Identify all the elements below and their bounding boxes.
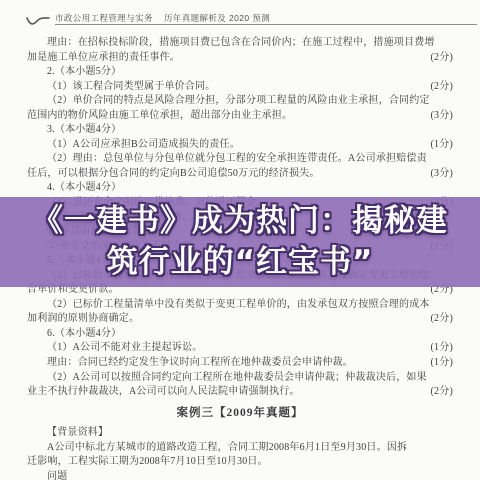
answer-line: （2）A公司可以按照合同约定向工程所在地仲裁委员会申请仲裁；仲裁裁决后，如果 (27, 371, 453, 386)
answer-line: （2）单价合同的特点是风险合理分担，分部分项工程量的风险由业主承担，合同约定 (27, 94, 453, 109)
line-text: （2）理由：总包单位与分包单位就分包工程的安全承担连带责任。A公司承担赔偿责 (27, 152, 427, 167)
answer-line: （1）A公司应承担B公司造成损失的责任。(1分) (27, 138, 453, 153)
line-text: 加利润的原则协商确定。 (27, 312, 139, 327)
line-text: 迁影响，工程实际工期为2008年7月10日至10月30日。 (27, 455, 268, 470)
line-text: 理由：合同已经约定发生争议时向工程所在地仲裁委员会申请仲裁。 (27, 356, 353, 371)
answer-line: 范围内的物价风险由施工单位承担，超出部分由业主承担。(3分) (27, 109, 453, 124)
questions-label: 问题 (27, 470, 453, 480)
promo-title-line2: 筑行业的“红宝书” (107, 242, 374, 283)
line-text: （2）A公司可以按照合同约定向工程所在地仲裁委员会申请仲裁；仲裁裁决后，如果 (27, 371, 427, 386)
edition-title: 历年真题解析及 2020 预测 (164, 13, 270, 23)
answer-line: 迁影响，工程实际工期为2008年7月10日至10月30日。 (27, 455, 453, 470)
line-score: (3分) (431, 167, 453, 182)
answer-line: 理由：合同已经约定发生争议时向工程所在地仲裁委员会申请仲裁。(1分) (27, 356, 453, 371)
line-text: 4.（本小题4分） (27, 181, 121, 196)
line-text: 2.（本小题5分） (27, 65, 121, 80)
line-score: (2分) (431, 385, 453, 400)
answer-line: 加利润的原则协商确定。(2分) (27, 312, 453, 327)
answer-line: 3.（本小题4分） (27, 123, 453, 138)
line-text: 【背景资料】 (27, 426, 108, 441)
answer-line: 6.（本小题4分） (27, 327, 453, 342)
line-score: (1分) (431, 356, 453, 371)
case-heading: 案例三【2009年真题】 (27, 406, 453, 421)
line-text: 问题 (27, 470, 67, 480)
answer-line: （1）A公司不能对业主提起诉讼。(1分) (27, 341, 453, 356)
publisher-swoosh-icon (26, 14, 50, 32)
answer-line: （2）已标价工程量清单中没有类似于变更工程单价的，由发承包双方按照合理的成本 (27, 298, 453, 313)
line-score: (3分) (431, 109, 453, 124)
line-text: （2）已标价工程量清单中没有类似于变更工程单价的，由发承包双方按照合理的成本 (27, 298, 430, 313)
scanned-book-page: 市政公用工程管理与实务历年真题解析及 2020 预测 理由：在招标投标阶段，措施… (0, 0, 480, 480)
answer-line: 加是施工单位应承担的责任事件。(2分) (27, 51, 453, 66)
line-score: (2分) (431, 51, 453, 66)
book-title: 市政公用工程管理与实务 (55, 13, 153, 23)
line-text: 范围内的物价风险由施工单位承担，超出部分由业主承担。 (27, 109, 292, 124)
promo-overlay-banner: 《一建书》成为热门：揭秘建 筑行业的“红宝书” (0, 197, 480, 287)
answer-line: 4.（本小题4分） (27, 181, 453, 196)
answer-line: （1）该工程合同类型属于单价合同。(2分) (27, 80, 453, 95)
line-text: 任后，可以根据分包合同的约定向B公司追偿50万元的经济损失。 (27, 167, 320, 182)
case-heading-text: 案例三【2009年真题】 (177, 406, 304, 421)
header-rule (55, 24, 477, 25)
answer-line: A公司中标北方某城市的道路改造工程，合同工期2008年6月1日至9月30日。因拆 (27, 441, 453, 456)
line-text: （1）A公司不能对业主提起诉讼。 (27, 341, 202, 356)
line-text: 3.（本小题4分） (27, 123, 121, 138)
promo-title-line1: 《一建书》成为热门：揭秘建 (32, 201, 448, 242)
line-text: 理由：在招标投标阶段，措施项目费已包含在合同价内；在施工过程中，措施项目费增 (27, 36, 435, 51)
line-text: （2）单价合同的特点是风险合理分担，分部分项工程量的风险由业主承担，合同约定 (27, 94, 430, 109)
answer-line: 业主不执行仲裁裁决，A公司可以向人民法院申请强制执行。(2分) (27, 385, 453, 400)
answer-line: 理由：在招标投标阶段，措施项目费已包含在合同价内；在施工过程中，措施项目费增 (27, 36, 453, 51)
background-label: 【背景资料】 (27, 426, 453, 441)
running-head-title: 市政公用工程管理与实务历年真题解析及 2020 预测 (55, 12, 270, 24)
answer-line: 2.（本小题5分） (27, 65, 453, 80)
line-score: (2分) (431, 312, 453, 327)
answer-line: （2）理由：总包单位与分包单位就分包工程的安全承担连带责任。A公司承担赔偿责 (27, 152, 453, 167)
line-score: (1分) (431, 138, 453, 153)
line-text: A公司中标北方某城市的道路改造工程，合同工期2008年6月1日至9月30日。因拆 (27, 441, 407, 456)
line-score: (2分) (431, 80, 453, 95)
line-score: (1分) (431, 341, 453, 356)
line-text: 业主不执行仲裁裁决，A公司可以向人民法院申请强制执行。 (27, 385, 300, 400)
line-text: 加是施工单位应承担的责任事件。 (27, 51, 180, 66)
line-text: 6.（本小题4分） (27, 327, 121, 342)
running-head: 市政公用工程管理与实务历年真题解析及 2020 预测 (0, 9, 480, 29)
line-text: （1）A公司应承担B公司造成损失的责任。 (27, 138, 240, 153)
line-text: （1）该工程合同类型属于单价合同。 (27, 80, 215, 95)
answer-line: 任后，可以根据分包合同的约定向B公司追偿50万元的经济损失。(3分) (27, 167, 453, 182)
